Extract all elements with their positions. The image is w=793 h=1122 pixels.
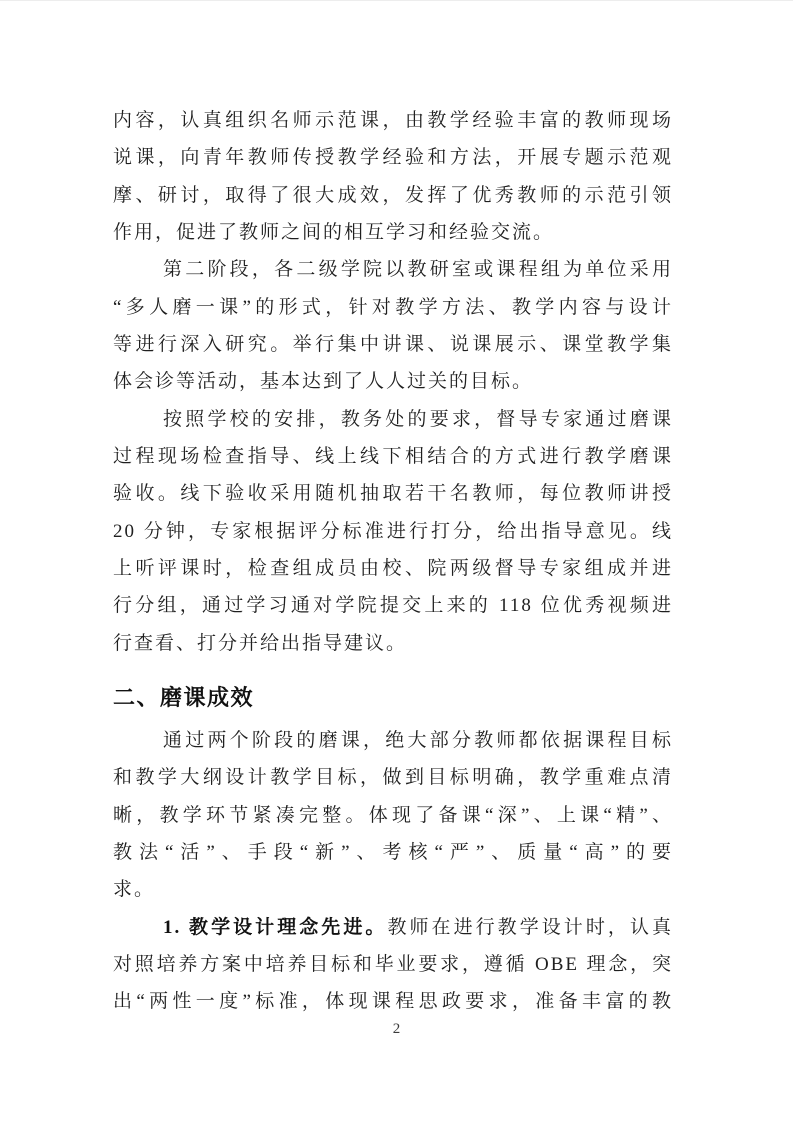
paragraph-1: 内容，认真组织名师示范课，由教学经验丰富的教师现场 说课，向青年教师传授教学经验… <box>113 102 673 251</box>
text-line: 对照培养方案中培养目标和毕业要求，遵循 OBE 理念，突 <box>113 946 673 983</box>
document-body: 内容，认真组织名师示范课，由教学经验丰富的教师现场 说课，向青年教师传授教学经验… <box>113 102 673 1021</box>
text-line: 晰，教学环节紧凑完整。体现了备课“深”、上课“精”、 <box>113 797 673 834</box>
text-line: 20 分钟，专家根据评分标准进行打分，给出指导意见。线 <box>113 513 673 550</box>
text-line: 摩、研讨，取得了很大成效，发挥了优秀教师的示范引领 <box>113 177 673 214</box>
text-line: 体会诊等活动，基本达到了人人过关的目标。 <box>113 363 673 400</box>
text-line: 等进行深入研究。举行集中讲课、说课展示、课堂教学集 <box>113 326 673 363</box>
text-line: 验收。线下验收采用随机抽取若干名教师，每位教师讲授 <box>113 475 673 512</box>
section-heading: 二、磨课成效 <box>113 674 673 722</box>
text-line: “多人磨一课”的形式，针对教学方法、教学内容与设计 <box>113 289 673 326</box>
page-number: 2 <box>0 1019 793 1039</box>
paragraph-3: 按照学校的安排，教务处的要求，督导专家通过磨课 过程现场检查指导、线上线下相结合… <box>113 401 673 662</box>
paragraph-2: 第二阶段，各二级学院以教研室或课程组为单位采用 “多人磨一课”的形式，针对教学方… <box>113 251 673 400</box>
text-run: 教师在进行教学设计时，认真 <box>387 917 673 938</box>
text-line: 和教学大纲设计教学目标，做到目标明确，教学重难点清 <box>113 759 673 796</box>
text-line: 出“两性一度”标准，体现课程思政要求，准备丰富的教 <box>113 983 673 1020</box>
text-line: 行分组，通过学习通对学院提交上来的 118 位优秀视频进 <box>113 587 673 624</box>
text-line: 过程现场检查指导、线上线下相结合的方式进行教学磨课 <box>113 438 673 475</box>
paragraph-5: 1. 教学设计理念先进。教师在进行教学设计时，认真 对照培养方案中培养目标和毕业… <box>113 909 673 1021</box>
text-line: 第二阶段，各二级学院以教研室或课程组为单位采用 <box>113 251 673 288</box>
text-line: 上听评课时，检查组成员由校、院两级督导专家组成并进 <box>113 550 673 587</box>
text-line: 说课，向青年教师传授教学经验和方法，开展专题示范观 <box>113 139 673 176</box>
document-page: 内容，认真组织名师示范课，由教学经验丰富的教师现场 说课，向青年教师传授教学经验… <box>0 0 793 1122</box>
text-line: 行查看、打分并给出指导建议。 <box>113 625 673 662</box>
text-line: 作用，促进了教师之间的相互学习和经验交流。 <box>113 214 673 251</box>
text-line: 1. 教学设计理念先进。教师在进行教学设计时，认真 <box>113 909 673 946</box>
text-line: 求。 <box>113 871 673 908</box>
text-line: 通过两个阶段的磨课，绝大部分教师都依据课程目标 <box>113 722 673 759</box>
numbered-point-title: 1. 教学设计理念先进。 <box>163 917 387 938</box>
paragraph-4: 通过两个阶段的磨课，绝大部分教师都依据课程目标 和教学大纲设计教学目标，做到目标… <box>113 722 673 909</box>
text-line: 教法“活”、手段“新”、考核“严”、质量“高”的要 <box>113 834 673 871</box>
text-line: 内容，认真组织名师示范课，由教学经验丰富的教师现场 <box>113 102 673 139</box>
text-line: 按照学校的安排，教务处的要求，督导专家通过磨课 <box>113 401 673 438</box>
